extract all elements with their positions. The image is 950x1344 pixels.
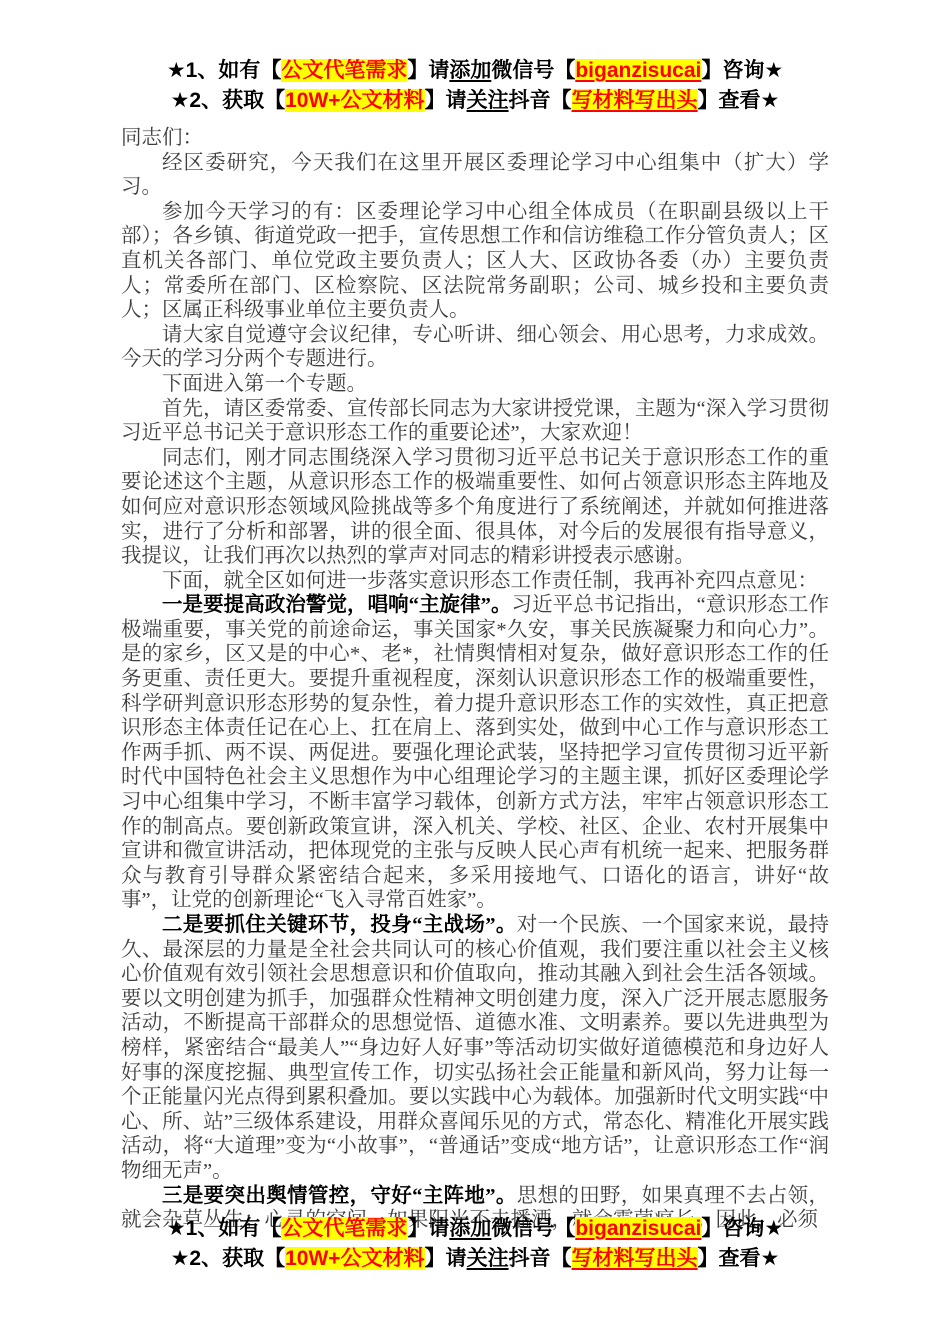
promo-underline-text: 关注 (467, 1247, 509, 1270)
promo-text: 抖音【 (509, 89, 572, 112)
promo-text: 】查看★ (698, 89, 780, 112)
promo-text: 抖音【 (509, 1247, 572, 1270)
promo-underline-text: 添加 (449, 1217, 491, 1240)
promo-text: 】咨询★ (701, 59, 783, 82)
promo-highlight: 10W+公文材料 (285, 1247, 424, 1270)
document-body: 同志们：经区委研究，今天我们在这里开展区委理论学习中心组集中（扩大）学习。参加今… (121, 126, 829, 1233)
promo-text: ★2、获取【 (171, 1247, 286, 1270)
promo-highlight: 10W+公文材料 (285, 89, 424, 112)
promo-underline-text: 添加 (449, 59, 491, 82)
section-heading: 三是要突出舆情管控，守好“主阵地”。 (162, 1185, 517, 1207)
promo-header-line-1: ★1、如有【公文代笔需求】请添加微信号【biganzisucai】咨询★ (121, 56, 829, 86)
paragraph: 同志们： (121, 126, 829, 151)
promo-header-line-2: ★2、获取【10W+公文材料】请关注抖音【写材料写出头】查看★ (121, 86, 829, 116)
promo-underline-text: 关注 (467, 89, 509, 112)
promo-text: ★1、如有【 (167, 59, 282, 82)
promo-text: 】请 (407, 59, 449, 82)
paragraph: 二是要抓住关键环节，投身“主战场”。对一个民族、一个国家来说，最持久、最深层的力… (121, 913, 829, 1184)
promo-text: 】查看★ (698, 1247, 780, 1270)
promo-text: 微信号【 (491, 59, 575, 82)
promo-text: 】请 (425, 1247, 467, 1270)
promo-text: ★1、如有【 (167, 1217, 282, 1240)
promo-footer-line-2: ★2、获取【10W+公文材料】请关注抖音【写材料写出头】查看★ (121, 1244, 829, 1274)
paragraph: 下面进入第一个专题。 (121, 372, 829, 397)
paragraph: 首先，请区委常委、宣传部长同志为大家讲授党课，主题为“深入学习贯彻习近平总书记关… (121, 397, 829, 446)
document-page: ★1、如有【公文代笔需求】请添加微信号【biganzisucai】咨询★ ★2、… (0, 0, 950, 1344)
section-heading: 二是要抓住关键环节，投身“主战场”。 (162, 914, 517, 936)
promo-footer: ★1、如有【公文代笔需求】请添加微信号【biganzisucai】咨询★ ★2、… (121, 1214, 829, 1274)
promo-text: 微信号【 (491, 1217, 575, 1240)
promo-text: 】请 (425, 89, 467, 112)
promo-text: ★2、获取【 (171, 89, 286, 112)
paragraph: 参加今天学习的有：区委理论学习中心组全体成员（在职副县级以上干部）；各乡镇、街道… (121, 200, 829, 323)
promo-douyin-id: 写材料写出头 (572, 89, 698, 112)
paragraph: 同志们，刚才同志围绕深入学习贯彻习近平总书记关于意识形态工作的重要论述这个主题，… (121, 446, 829, 569)
promo-text: 】咨询★ (701, 1217, 783, 1240)
promo-highlight: 公文代笔需求 (281, 1217, 407, 1240)
paragraph: 经区委研究，今天我们在这里开展区委理论学习中心组集中（扩大）学习。 (121, 151, 829, 200)
promo-wechat-id: biganzisucai (575, 1217, 701, 1240)
promo-header: ★1、如有【公文代笔需求】请添加微信号【biganzisucai】咨询★ ★2、… (121, 56, 829, 116)
paragraph: 一是要提高政治警觉，唱响“主旋律”。习近平总书记指出，“意识形态工作极端重要，事… (121, 593, 829, 913)
section-heading: 一是要提高政治警觉，唱响“主旋律”。 (162, 594, 512, 616)
promo-highlight: 公文代笔需求 (281, 59, 407, 82)
promo-wechat-id: biganzisucai (575, 59, 701, 82)
promo-text: 】请 (407, 1217, 449, 1240)
promo-douyin-id: 写材料写出头 (572, 1247, 698, 1270)
promo-footer-line-1: ★1、如有【公文代笔需求】请添加微信号【biganzisucai】咨询★ (121, 1214, 829, 1244)
paragraph: 下面，就全区如何进一步落实意识形态工作责任制，我再补充四点意见： (121, 569, 829, 594)
paragraph: 请大家自觉遵守会议纪律，专心听讲、细心领会、用心思考，力求成效。今天的学习分两个… (121, 323, 829, 372)
